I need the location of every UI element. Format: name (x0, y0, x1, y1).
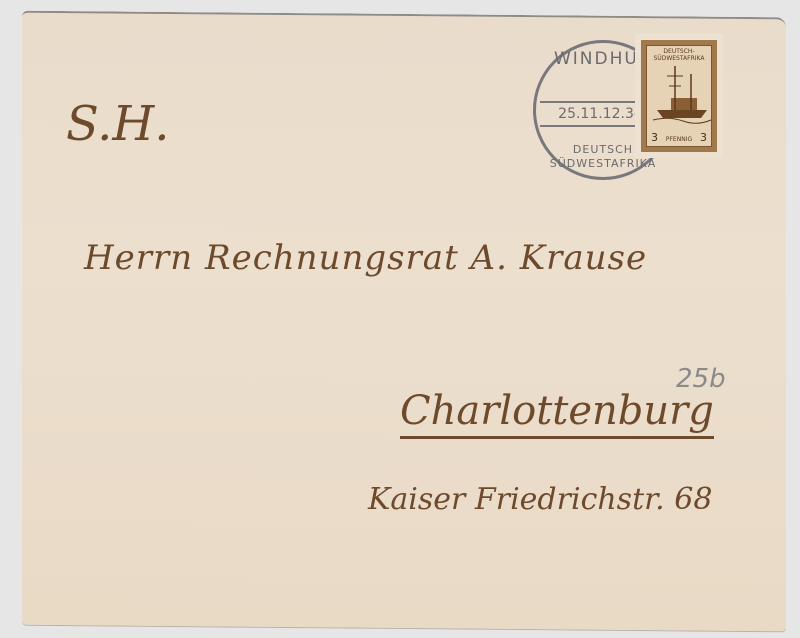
salutation-handwriting: S.H. (66, 96, 170, 152)
pencil-note: 25b (676, 364, 726, 394)
city-handwriting: Charlottenburg (400, 388, 714, 439)
addressee-handwriting: Herrn Rechnungsrat A. Krause (84, 238, 647, 278)
postage-stamp: DEUTSCH-SÜDWESTAFRIKA 3 PFENNIG 3 (641, 40, 717, 152)
postmark-line2: SÜDWESTAFRIKA (536, 157, 670, 170)
street-handwriting: Kaiser Friedrichstr. 68 (368, 482, 712, 517)
stamp-frame: DEUTSCH-SÜDWESTAFRIKA 3 PFENNIG 3 (646, 45, 712, 147)
ship-icon (649, 58, 713, 128)
stamp-value-right: 3 (700, 131, 707, 144)
